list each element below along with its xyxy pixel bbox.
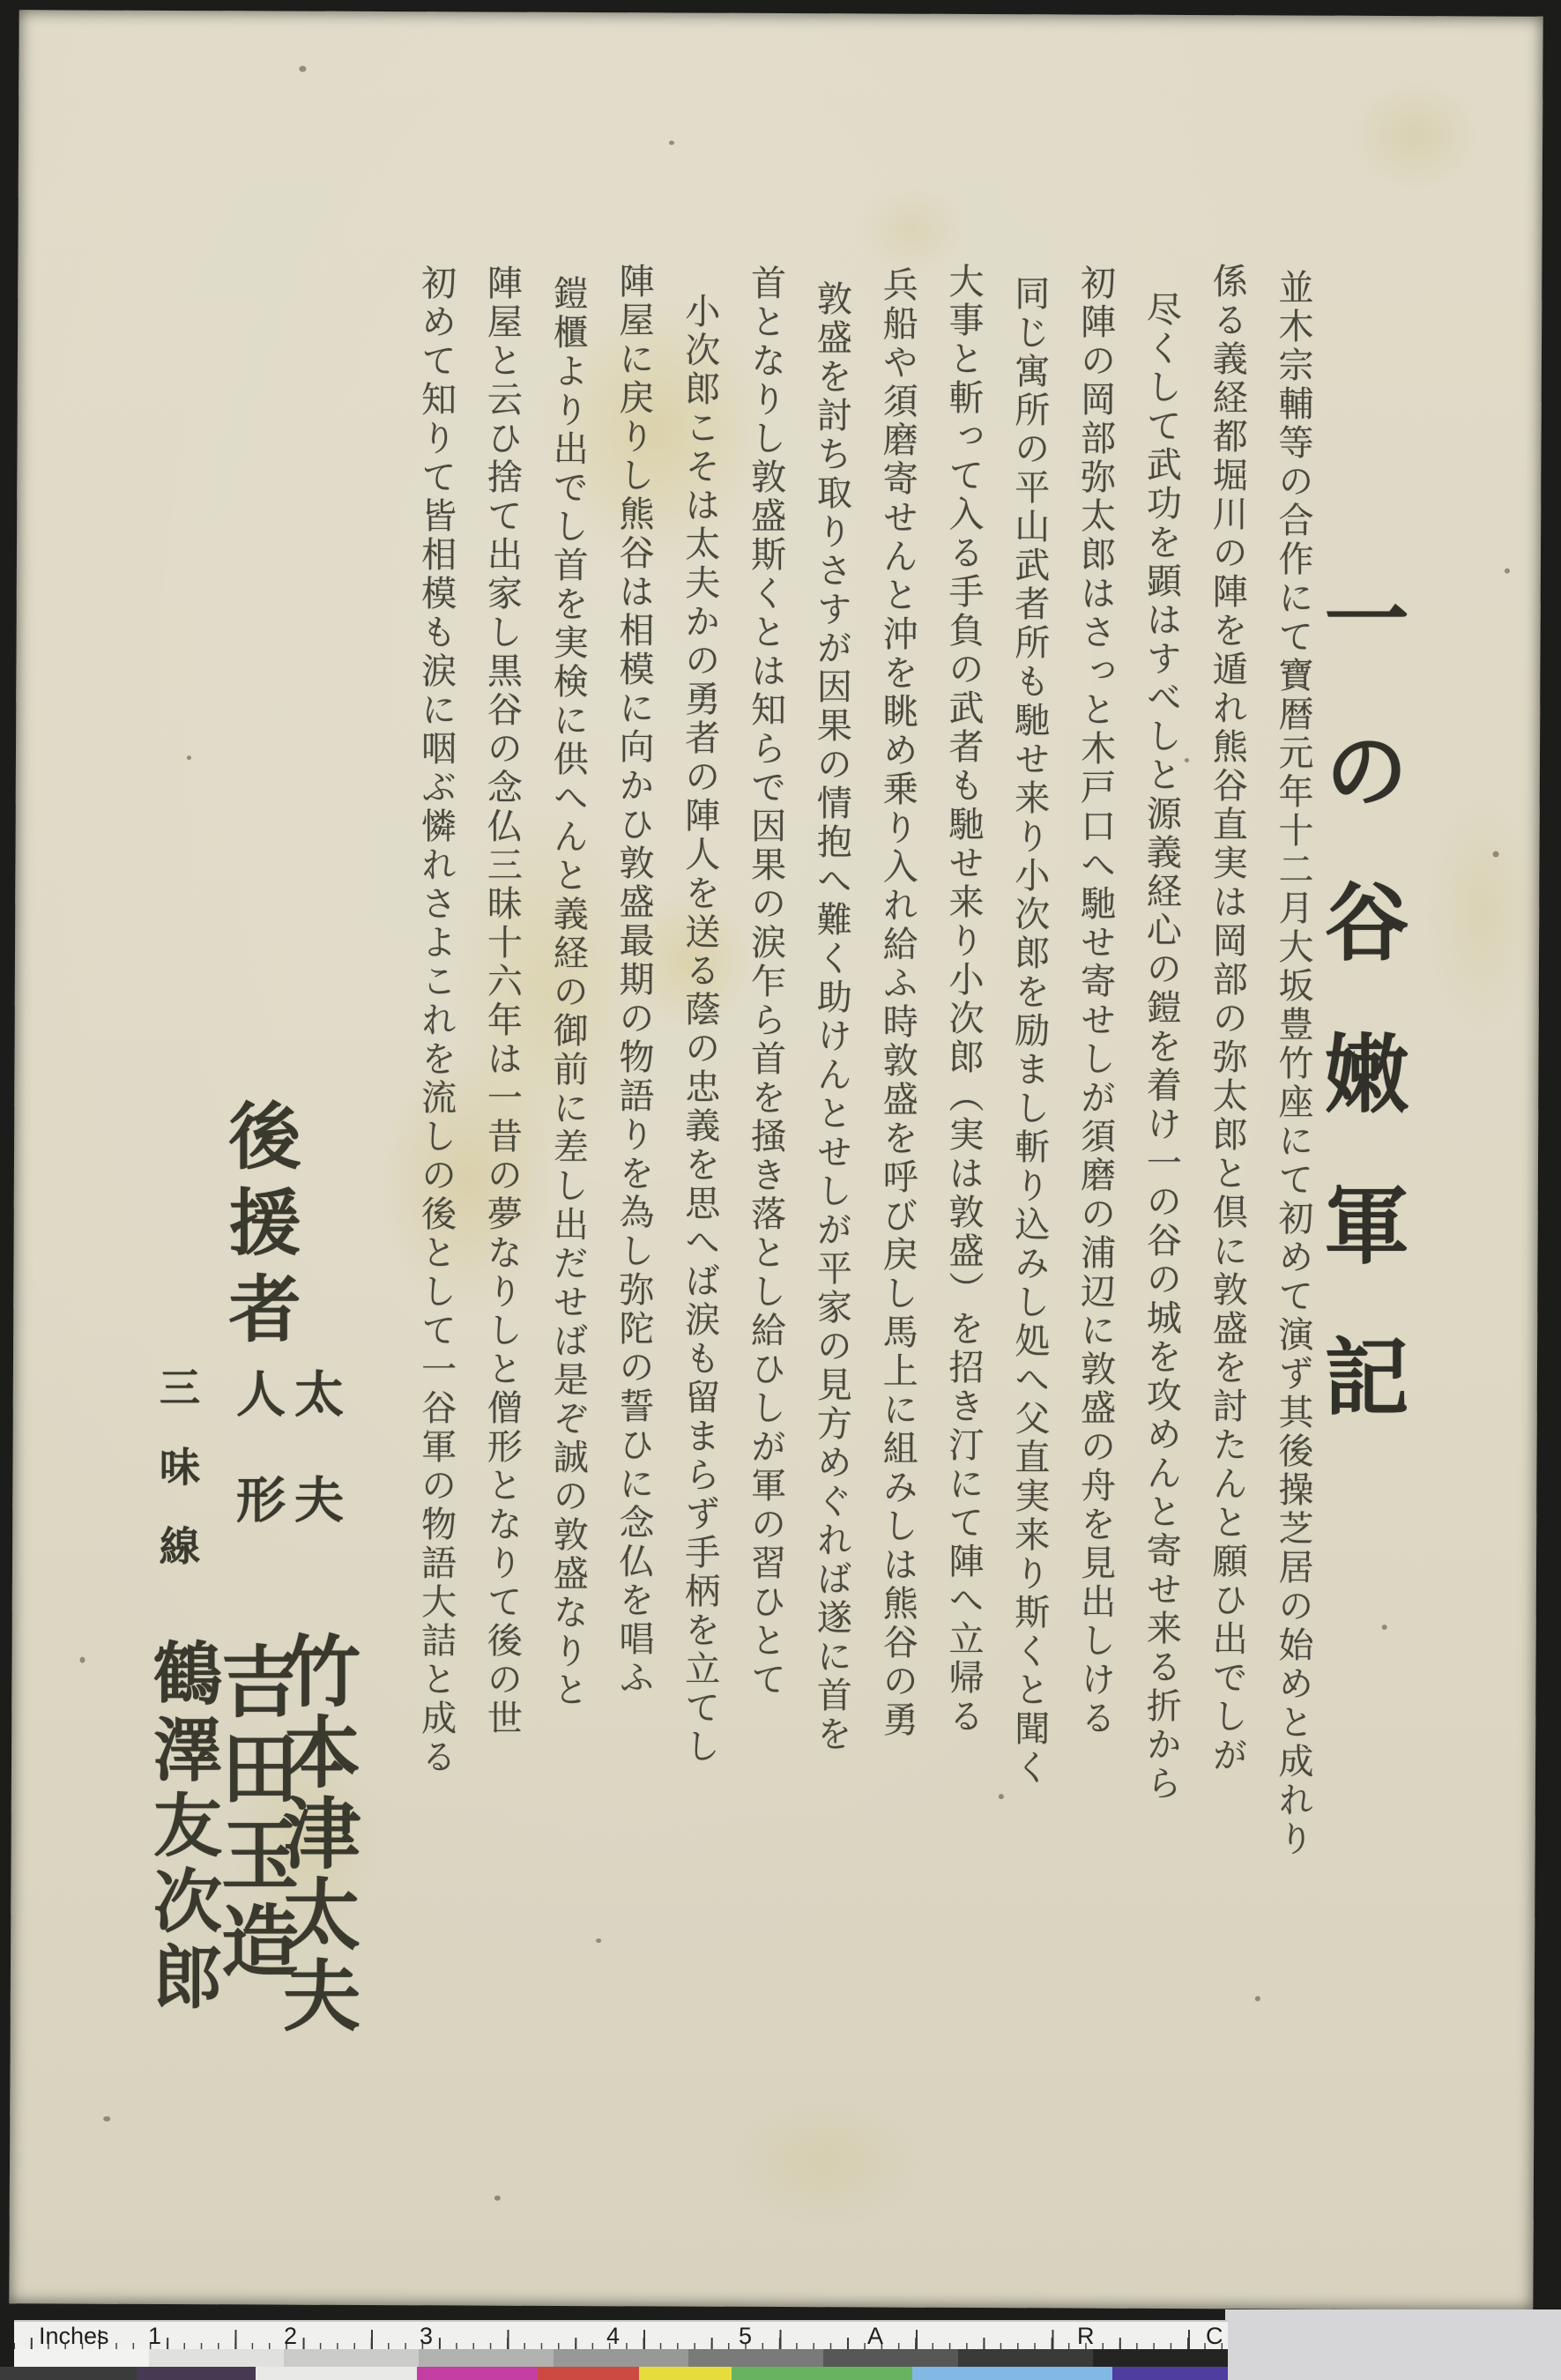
color-patch: [417, 2367, 538, 2380]
ruler-tick-label: 3: [420, 2323, 433, 2350]
stain: [724, 2094, 927, 2227]
ruler-tick-label: A: [867, 2323, 883, 2350]
speck: [1493, 852, 1499, 858]
grayscale-step: [688, 2349, 823, 2367]
color-patch: [538, 2367, 639, 2380]
grayscale-step: [419, 2349, 554, 2367]
color-patch: [256, 2367, 417, 2380]
speck: [299, 66, 306, 72]
speck: [669, 140, 674, 145]
body-column: 同じ寓所の平山武者所も馳せ来り小次郎を励まし斬り込みし処へ父直実来り斯くと聞く: [1011, 275, 1055, 2056]
color-patch: [137, 2367, 256, 2380]
grayscale-step: [284, 2349, 419, 2367]
speck: [596, 1938, 601, 1943]
stain: [375, 1043, 561, 1317]
supporters-heading: 後援者: [208, 1098, 311, 1354]
body-column: 兵船や須磨寄せんと沖を眺め乗り入れ給ふ時敦盛を呼び戻し馬上に組みしは熊谷の勇: [879, 266, 923, 2012]
ruler-tick-label: 1: [148, 2323, 161, 2350]
body-column: 首となりし敦盛斯くとは知らで因果の涙乍ら首を掻き落とし給ひしが軍の習ひとて: [747, 264, 792, 2054]
play-title-vertical: 一の谷嫩軍記: [1315, 575, 1421, 1580]
grayscale-step: [958, 2349, 1093, 2367]
body-column: 陣屋と云ひ捨て出家し黒谷の念仏三昧十六年は一昔の夢なりしと僧形となりて後の世: [483, 264, 527, 2089]
color-calibration-patches: [0, 2367, 1228, 2380]
body-column: 大事と斬って入る手負の武者も馳せ来り小次郎（実は敦盛）を招き汀にて陣へ立帰る: [945, 263, 989, 2114]
ruler-unit-label: Inches: [39, 2323, 109, 2350]
body-column: 初陣の岡部弥太郎はさっと木戸口へ馳せ寄せしが須磨の浦辺に敦盛の舟を見出しける: [1077, 264, 1121, 2107]
grayscale-step: [149, 2349, 284, 2367]
speck: [1255, 1996, 1260, 2001]
grayscale-step: [823, 2349, 958, 2367]
speck: [1505, 569, 1510, 574]
speck: [494, 2196, 501, 2201]
body-column: 尽くして武功を顕はすべしと源義経心の鎧を着け一の谷の城を攻めんと寄せ来る折から: [1142, 291, 1186, 1966]
body-column: 鎧櫃より出でし首を実検に供へんと義経の御前に差し出だせば是ぞ誠の敦盛なりと: [549, 275, 593, 2135]
grayscale-step: [1093, 2349, 1228, 2367]
supporter-role-label: 人形: [222, 1368, 293, 1650]
inches-ruler: Inches 12345ARC: [14, 2320, 1228, 2351]
body-column: 小次郎こそは太夫かの勇者の陣人を送る蔭の忠義を思へば涙も留まらず手柄を立てし: [681, 293, 725, 2135]
speck: [80, 1657, 85, 1663]
ruler-tick-label: R: [1077, 2323, 1095, 2350]
grayscale-step-wedge: [14, 2349, 1228, 2367]
color-patch: [639, 2367, 732, 2380]
speck: [103, 2116, 110, 2122]
scanned-document-photo: { "document": { "title_vertical": "一の谷嫩軍…: [0, 0, 1561, 2380]
color-patch: [1112, 2367, 1228, 2380]
supporter-role-label: 三味線: [148, 1366, 206, 1648]
stain: [1425, 792, 1541, 1030]
grayscale-step: [14, 2349, 149, 2367]
color-patch: [0, 2367, 137, 2380]
color-patch: [912, 2367, 1112, 2380]
body-column: 敦盛を討ち取りさすが因果の情抱へ難く助けんとせしが平家の見方めぐれば遂に首を: [813, 280, 857, 2096]
body-column: 陣屋に戻りし熊谷は相模に向かひ敦盛最期の物語りを為し弥陀の誓ひに念仏を唱ふ: [615, 263, 659, 1990]
ruler-tick-label: 4: [606, 2323, 620, 2350]
grayscale-step: [554, 2349, 688, 2367]
scanner-mat: [1225, 2309, 1561, 2380]
ruler-tick-label: C: [1206, 2323, 1223, 2350]
color-patch: [732, 2367, 912, 2380]
speck: [999, 1794, 1004, 1799]
stain: [1349, 78, 1483, 193]
body-column: 並木宗輔等の合作にて寶暦元年十二月大坂豊竹座にて初めて演ず其後操芝居の始めと成れ…: [1275, 269, 1319, 2032]
body-column: 係る義経都堀川の陣を遁れ熊谷直実は岡部の弥太郎と倶に敦盛を討たんと願ひ出でしが: [1208, 263, 1253, 2079]
ruler-tick-label: 5: [739, 2323, 752, 2350]
body-column: 初めて知りて皆相模も涙に咽ぶ憐れさよこれを流しの後として一谷軍の物語大詰と成る: [418, 264, 462, 2177]
ruler-tick-label: 2: [284, 2323, 297, 2350]
speck: [1382, 1625, 1387, 1630]
speck: [187, 755, 191, 760]
supporter-name: 鶴澤友次郎: [132, 1638, 231, 2079]
